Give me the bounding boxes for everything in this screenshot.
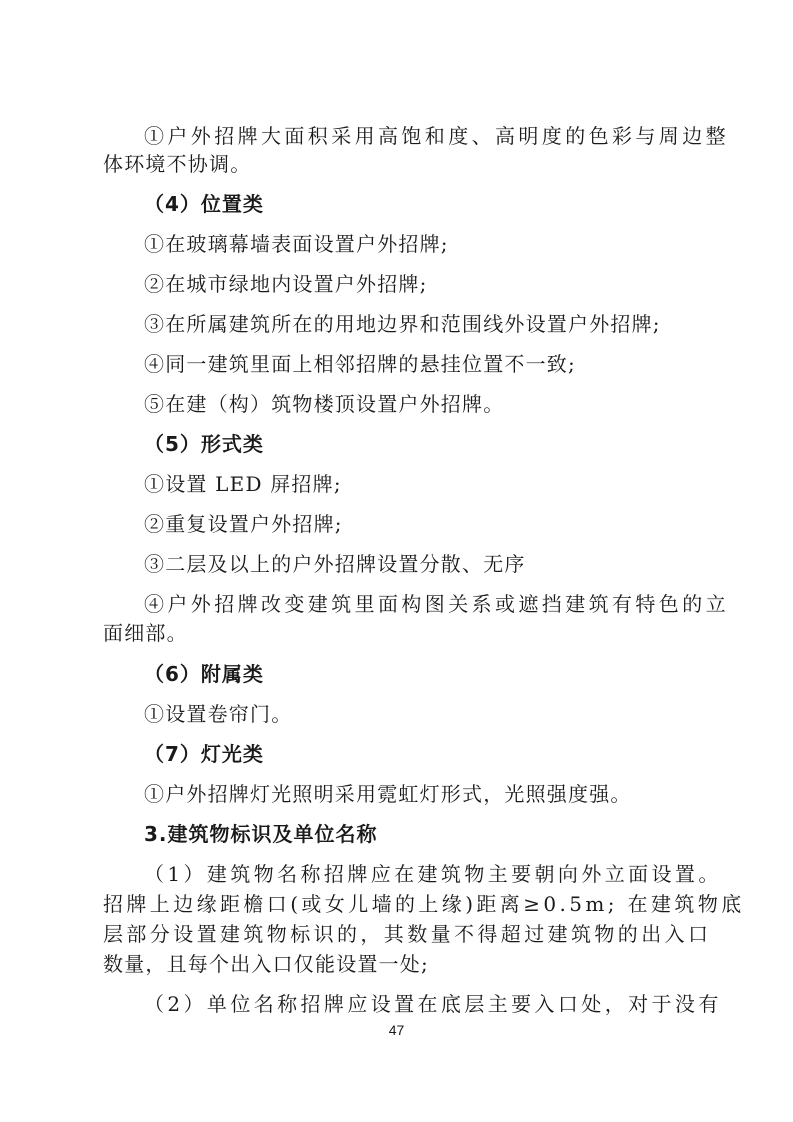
text-line: ②在城市绿地内设置户外招牌; [144, 269, 734, 299]
section-heading: （6）附属类 [144, 659, 734, 689]
text-line: ③在所属建筑所在的用地边界和范围线外设置户外招牌; [144, 309, 734, 339]
text-line: 数量，且每个出入口仅能设置一处; [103, 949, 693, 979]
text-line: 面细部。 [103, 618, 693, 648]
section-heading: （4）位置类 [144, 189, 734, 219]
text-line: 招牌上边缘距檐口(或女儿墙的上缘)距离≥0.5m; 在建筑物底 [103, 889, 693, 919]
text-line: ①户外招牌大面积采用高饱和度、高明度的色彩与周边整 [144, 121, 734, 151]
section-heading: （5）形式类 [144, 429, 734, 459]
section-heading: （7）灯光类 [144, 739, 734, 769]
text-line: ③二层及以上的户外招牌设置分散、无序 [144, 549, 734, 579]
text-line: ①设置卷帘门。 [144, 699, 734, 729]
text-line: ①户外招牌灯光照明采用霓虹灯形式，光照强度强。 [144, 779, 734, 809]
text-line: ②重复设置户外招牌; [144, 509, 734, 539]
text-line: ④户外招牌改变建筑里面构图关系或遮挡建筑有特色的立 [144, 589, 734, 619]
text-line: ⑤在建（构）筑物楼顶设置户外招牌。 [144, 389, 734, 419]
text-line: ①设置 LED 屏招牌; [144, 469, 734, 499]
text-line: 体环境不协调。 [103, 149, 693, 179]
page-number: 47 [0, 1022, 793, 1038]
text-line: ④同一建筑里面上相邻招牌的悬挂位置不一致; [144, 349, 734, 379]
text-line: （1）建筑物名称招牌应在建筑物主要朝向外立面设置。 [144, 859, 734, 889]
text-line: 层部分设置建筑物标识的，其数量不得超过建筑物的出入口 [103, 919, 693, 949]
section-heading: 3.建筑物标识及单位名称 [144, 819, 734, 849]
text-line: ①在玻璃幕墙表面设置户外招牌; [144, 229, 734, 259]
text-line: （2）单位名称招牌应设置在底层主要入口处，对于没有 [144, 989, 734, 1019]
